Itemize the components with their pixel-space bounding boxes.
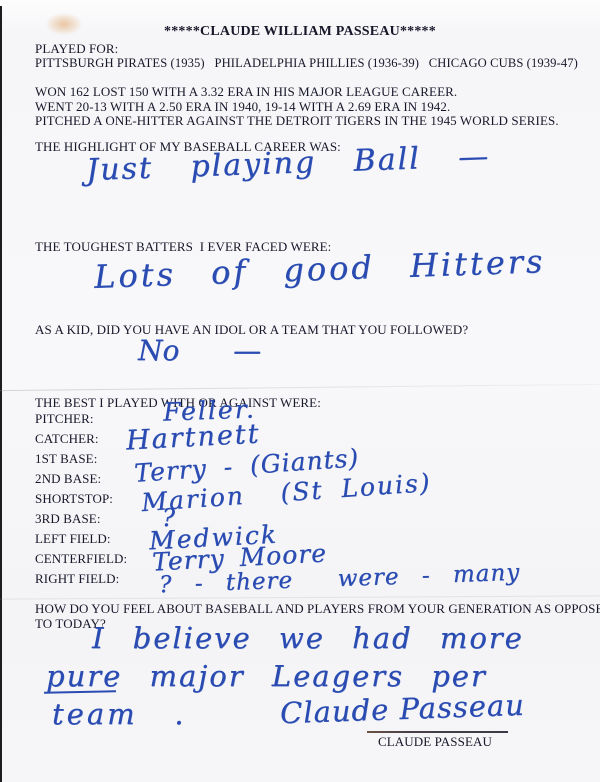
handwritten-answer-generation-line2: pure major Leagers per [46,659,487,693]
career-fact: WON 162 LOST 150 WITH A 3.32 ERA IN HIS … [35,84,457,100]
position-label-centerfield: CENTERFIELD: [35,551,127,567]
scanned-questionnaire-page: *****CLAUDE WILLIAM PASSEAU***** PLAYED … [0,0,600,782]
played-for-label: PLAYED FOR: [35,41,118,57]
page-title: *****CLAUDE WILLIAM PASSEAU***** [0,24,600,40]
position-label-pitcher: PITCHER: [35,411,94,427]
position-label-shortstop: SHORTSTOP: [35,491,113,507]
position-label-catcher: CATCHER: [35,431,99,447]
paper-crease [0,384,600,391]
position-label-1st-base: 1ST BASE: [35,451,97,467]
position-label-3rd-base: 3RD BASE: [35,511,101,527]
question-generation-label-line1: HOW DO YOU FEEL ABOUT BASEBALL AND PLAYE… [35,601,600,617]
handwritten-underline [44,690,116,694]
position-label-left-field: LEFT FIELD: [35,531,111,547]
handwritten-answer-idol: No — [138,334,261,367]
position-label-right-field: RIGHT FIELD: [35,571,119,587]
career-fact: PITCHED A ONE-HITTER AGAINST THE DETROIT… [35,113,559,129]
typed-signature-name: CLAUDE PASSEAU [360,734,510,750]
position-label-2nd-base: 2ND BASE: [35,471,101,487]
handwritten-answer-generation-line3: team . [52,697,186,731]
scan-edge-strip [0,6,2,782]
handwritten-signature: Claude Passeau [279,688,525,731]
signature-line [367,731,508,733]
teams-line: PITTSBURGH PIRATES (1935) PHILADELPHIA P… [35,56,578,71]
handwritten-answer-generation-line1: I believe we had more [92,621,524,655]
paper-crease [0,595,600,599]
